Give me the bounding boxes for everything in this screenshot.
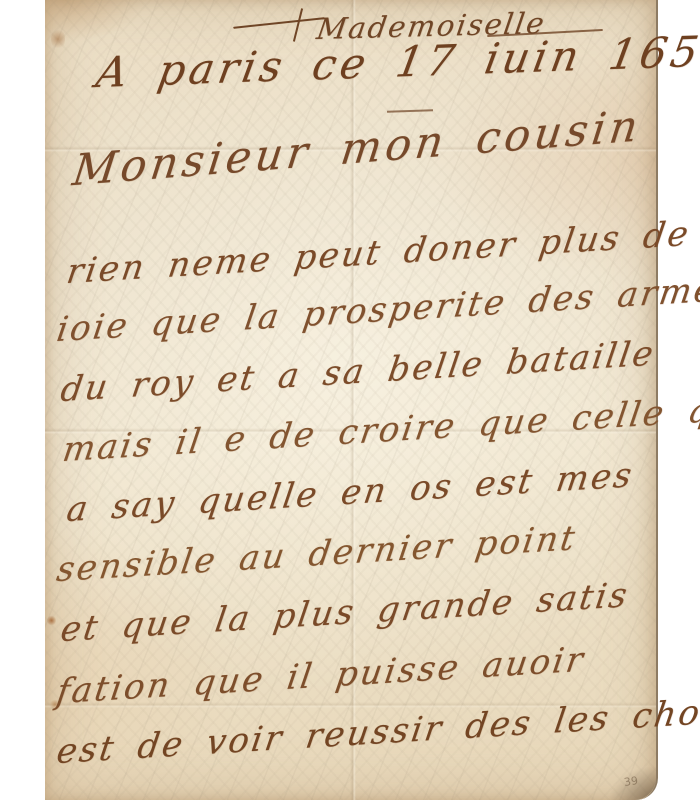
manuscript-scan: Mademoiselle A paris ce 17 iuin 1658 Mon… (0, 0, 700, 800)
manuscript-line: et que la plus grande satis (58, 575, 632, 650)
folio-number: 39 (623, 774, 639, 789)
edge-stain (51, 28, 65, 50)
date-underline-flourish (387, 109, 433, 113)
manuscript-line: fation que il puisse auoir (54, 639, 588, 712)
salutation-monsieur-mon-cousin: Monsieur mon cousin (70, 101, 645, 196)
ink-stain-spot (47, 615, 56, 626)
cross-mark-icon (293, 8, 303, 41)
letter-paper-sheet: Mademoiselle A paris ce 17 iuin 1658 Mon… (45, 0, 658, 800)
cross-mark-icon (233, 17, 325, 29)
manuscript-line: sensible au dernier point (54, 518, 580, 590)
